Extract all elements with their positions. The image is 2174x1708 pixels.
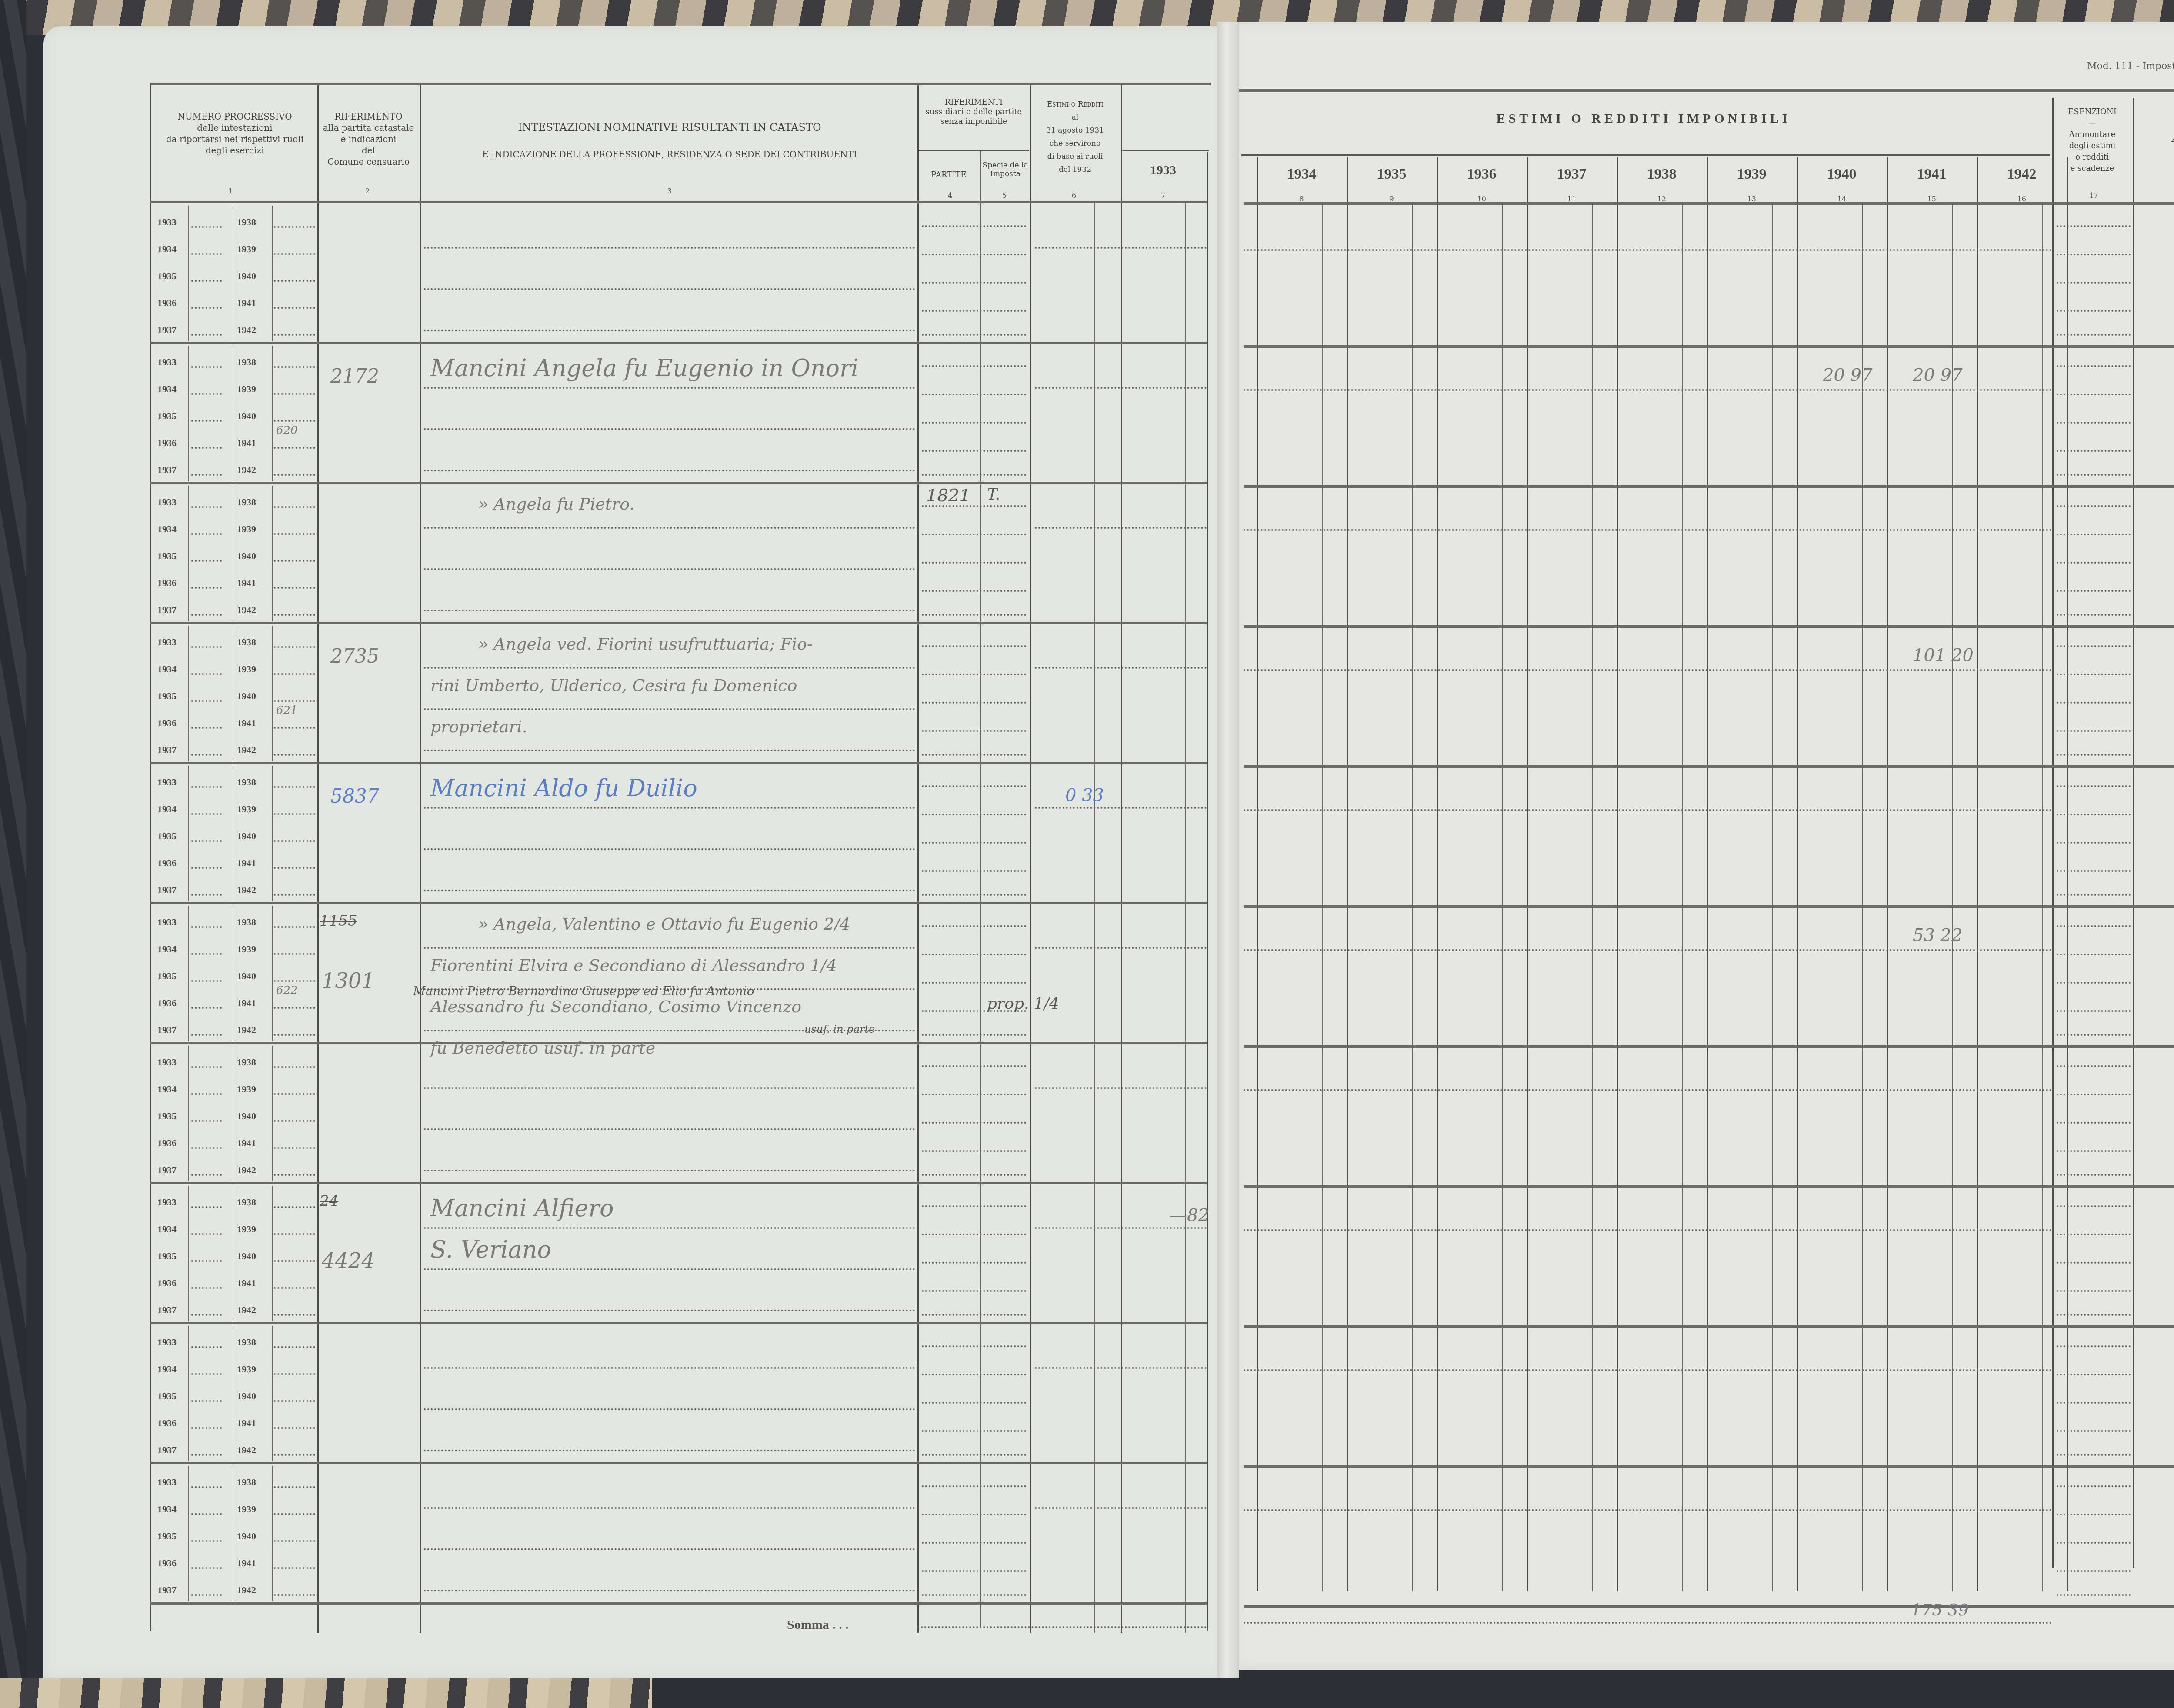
year-dotline	[274, 393, 315, 395]
ref-line	[922, 1374, 1026, 1375]
year-label: 1942	[237, 464, 256, 476]
intestazione-line: rini Umberto, Ulderico, Cesira fu Domeni…	[430, 676, 797, 695]
esenzioni-line	[2057, 254, 2131, 255]
year-label: 1939	[237, 1084, 256, 1095]
year-dotline	[191, 393, 222, 395]
col-divider	[1030, 85, 1031, 1633]
year-dotline	[191, 1206, 222, 1208]
entry-separator	[150, 762, 1207, 764]
year-dotline	[191, 226, 222, 228]
cents-divider	[1185, 202, 1186, 1633]
year-label: 1935	[157, 1531, 177, 1542]
year-label: 1942	[237, 1444, 256, 1456]
year-label: 1934	[157, 944, 177, 955]
year-label: 1933	[157, 777, 177, 788]
amount-line	[1035, 1367, 1207, 1369]
year-label: 1936	[157, 297, 177, 309]
year-dotline	[191, 1066, 222, 1068]
col-divider	[233, 206, 233, 341]
ref-line	[922, 1065, 1026, 1067]
writing-line	[424, 610, 915, 611]
year-dotline	[274, 226, 315, 228]
year-label: 1938	[237, 637, 256, 648]
year-dotline	[191, 813, 222, 815]
col-divider	[272, 1326, 273, 1461]
col-divider	[1121, 85, 1122, 1633]
year-label: 1942	[237, 1585, 256, 1596]
year-label: 1941	[237, 297, 256, 309]
writing-line	[424, 387, 915, 389]
year-label: 1933	[157, 1057, 177, 1068]
riferimento-struck: 1155	[320, 912, 357, 930]
ref-line	[922, 422, 1026, 424]
amount-line-right	[1244, 809, 2052, 811]
year-dotline	[274, 1206, 315, 1208]
col-divider	[188, 486, 189, 621]
ref-line	[922, 870, 1026, 872]
ref-line	[922, 1290, 1026, 1292]
year-label: 1942	[237, 604, 256, 616]
year-label: 1936	[157, 437, 177, 449]
year-label: 1939	[237, 524, 256, 535]
year-label: 1935	[157, 270, 177, 282]
year-dotline	[274, 1540, 315, 1542]
col-divider	[233, 1326, 233, 1461]
subheader-rule	[918, 150, 1029, 151]
year-dotline	[191, 1314, 222, 1316]
year-dotline	[274, 1373, 315, 1375]
progressive-number: 622	[276, 984, 298, 997]
year-dotline	[191, 253, 222, 255]
ref-line	[922, 254, 1026, 255]
esenzioni-line	[2057, 1514, 2131, 1515]
amount-line-right	[1244, 1229, 2052, 1231]
sum-1941: 175 39	[1911, 1600, 1969, 1619]
year-dotline	[274, 1174, 315, 1176]
year-label: 1937	[157, 884, 177, 896]
intestazione-line: » Angela, Valentino e Ottavio fu Eugenio…	[478, 914, 850, 934]
header-col1-title: NUMERO PROGRESSIVO	[152, 111, 317, 122]
esenzioni-line	[2057, 1174, 2131, 1176]
col-divider	[188, 906, 189, 1041]
amount-line	[1035, 247, 1207, 249]
header-year-1937: 1937	[1527, 166, 1617, 183]
year-label: 1941	[237, 1278, 256, 1289]
entry-separator-right	[1244, 1605, 2174, 1608]
ref-line	[922, 1094, 1026, 1095]
year-label: 1938	[237, 497, 256, 508]
year-dotline	[274, 786, 315, 788]
year-dotline	[274, 1400, 315, 1402]
header-col45: RIFERIMENTI sussidiari e delle partite s…	[918, 98, 1029, 127]
year-label: 1935	[157, 831, 177, 842]
right-page	[1230, 22, 2174, 1670]
subheader-rule	[1122, 150, 1209, 151]
entry-separator-right	[1244, 625, 2174, 628]
year-label: 1939	[237, 804, 256, 815]
ref-line	[922, 645, 1026, 647]
year-dotline	[274, 474, 315, 476]
col-divider	[233, 1466, 233, 1601]
year-dotline	[191, 1594, 222, 1596]
year-dotline	[191, 1174, 222, 1176]
year-dotline	[274, 1594, 315, 1596]
esenzioni-line	[2057, 1065, 2131, 1067]
ref-line	[922, 1542, 1026, 1544]
year-dotline	[191, 560, 222, 562]
year-label: 1939	[237, 664, 256, 675]
year-dotline	[274, 1346, 315, 1348]
intestazione-line: » Angela fu Pietro.	[478, 494, 635, 514]
sum-line	[917, 1626, 1207, 1628]
amount-line	[1035, 667, 1207, 669]
esenzioni-line	[2057, 674, 2131, 675]
header-year-1935: 1935	[1347, 166, 1437, 183]
riferimento-value: 4424	[322, 1249, 375, 1273]
year-dotline	[274, 754, 315, 756]
writing-line	[424, 1408, 915, 1410]
year-label: 1939	[237, 384, 256, 395]
riferimento-value: 2172	[330, 365, 379, 387]
year-label: 1936	[157, 997, 177, 1009]
ref-line	[922, 925, 1026, 927]
year-label: 1934	[157, 1084, 177, 1095]
col-divider	[233, 1046, 233, 1181]
year-dotline	[191, 754, 222, 756]
esenzioni-line	[2057, 870, 2131, 872]
subheader-rule	[1241, 154, 2050, 156]
col-divider	[2133, 98, 2134, 1568]
col-divider	[1437, 157, 1438, 1591]
year-label: 1935	[157, 550, 177, 562]
col-divider	[420, 85, 421, 1633]
year-dotline	[274, 1066, 315, 1068]
form-code: Mod. 111 - Imposte Dirette (Intercalare)…	[2087, 61, 2174, 72]
ref-line	[922, 1570, 1026, 1572]
year-label: 1934	[157, 664, 177, 675]
ref-line	[922, 702, 1026, 704]
year-dotline	[191, 366, 222, 368]
year-label: 1936	[157, 717, 177, 729]
year-label: 1940	[237, 1251, 256, 1262]
year-dotline	[274, 560, 315, 562]
year-label: 1933	[157, 497, 177, 508]
year-label: 1939	[237, 244, 256, 255]
year-label: 1938	[237, 917, 256, 928]
intestazione-line: Mancini Aldo fu Duilio	[430, 774, 697, 802]
year-dotline	[191, 727, 222, 729]
year-label: 1933	[157, 917, 177, 928]
ref-line	[922, 282, 1026, 284]
year-label: 1939	[237, 944, 256, 955]
col-divider	[188, 1186, 189, 1321]
col-divider	[1347, 157, 1348, 1591]
ref-line	[922, 1485, 1026, 1487]
col-divider	[233, 1186, 233, 1321]
esenzioni-line	[2057, 925, 2131, 927]
year-dotline	[191, 1287, 222, 1289]
col-divider	[188, 1466, 189, 1601]
year-dotline	[274, 1120, 315, 1122]
year-label: 1942	[237, 1024, 256, 1036]
year-dotline	[274, 867, 315, 869]
intestazione-line: Mancini Alfiero	[430, 1194, 614, 1222]
entry-separator	[150, 902, 1207, 904]
cents-divider	[1772, 204, 1773, 1591]
cents-divider	[1412, 204, 1413, 1591]
year-dotline	[274, 1233, 315, 1235]
col-divider	[272, 766, 273, 901]
year-label: 1941	[237, 857, 256, 869]
year-label: 1937	[157, 324, 177, 336]
col-divider	[1617, 157, 1618, 1591]
year-dotline	[191, 646, 222, 648]
ref-line	[922, 534, 1026, 535]
cents-divider	[1682, 204, 1683, 1591]
col-divider	[272, 626, 273, 761]
col-divider	[233, 906, 233, 1041]
year-label: 1938	[237, 217, 256, 228]
col-divider	[188, 1046, 189, 1181]
ref-line	[922, 1430, 1026, 1432]
cents-divider	[1592, 204, 1593, 1591]
ref-line	[922, 674, 1026, 675]
writing-line	[424, 1590, 915, 1591]
year-dotline	[274, 1427, 315, 1429]
esenzioni-line	[2057, 450, 2131, 452]
esenzioni-line	[2057, 1150, 2131, 1152]
amount-line-right	[1244, 949, 2052, 951]
esenzioni-line	[2057, 310, 2131, 312]
esenzioni-line	[2057, 702, 2131, 704]
year-label: 1937	[157, 604, 177, 616]
writing-line	[424, 1367, 915, 1369]
ref-line	[922, 1234, 1026, 1235]
esenzioni-line	[2057, 562, 2131, 564]
year-dotline	[191, 1513, 222, 1515]
ref-line	[922, 334, 1026, 336]
amount-7: —82	[1170, 1205, 1209, 1225]
writing-line	[424, 667, 915, 669]
esenzioni-line	[2057, 334, 2131, 336]
year-dotline	[274, 334, 315, 336]
year-dotline	[274, 673, 315, 675]
writing-line	[424, 1548, 915, 1550]
year-label: 1934	[157, 804, 177, 815]
year-dotline	[274, 926, 315, 928]
col-divider	[317, 85, 319, 1633]
year-dotline	[191, 700, 222, 702]
esenzioni-line	[2057, 1122, 2131, 1124]
year-label: 1933	[157, 357, 177, 368]
book-gutter	[1217, 22, 1239, 1678]
year-dotline	[274, 646, 315, 648]
amount-line-right	[1244, 389, 2052, 391]
writing-line	[424, 1268, 915, 1270]
year-label: 1933	[157, 217, 177, 228]
year-label: 1942	[237, 744, 256, 756]
year-label: 1940	[237, 1111, 256, 1122]
entry-separator-right	[1244, 1045, 2174, 1048]
esenzioni-line	[2057, 534, 2131, 535]
col-divider	[272, 206, 273, 341]
col-divider	[272, 486, 273, 621]
col-divider	[1977, 157, 1978, 1591]
intestazione-line: S. Veriano	[430, 1236, 551, 1263]
background-fabric-bottom	[0, 1678, 652, 1708]
header-year-1936: 1936	[1437, 166, 1527, 183]
year-label: 1937	[157, 744, 177, 756]
progressive-number: 620	[276, 424, 298, 437]
cents-divider	[1952, 204, 1953, 1591]
ref-line	[922, 1514, 1026, 1515]
year-label: 1937	[157, 1444, 177, 1456]
estimi-title: ESTIMI O REDDITI IMPONIBILI	[1239, 113, 2048, 124]
esenzioni-line	[2057, 1345, 2131, 1347]
writing-line	[424, 330, 915, 331]
esenzioni-line	[2057, 225, 2131, 227]
ref-line	[922, 310, 1026, 312]
riferimento-value: 2735	[330, 645, 379, 667]
esenzioni-line	[2057, 1010, 2131, 1012]
esenzioni-line	[2057, 1034, 2131, 1036]
year-dotline	[191, 614, 222, 616]
ref-line	[922, 1174, 1026, 1176]
intestazione-line: Mancini Angela fu Eugenio in Onori	[430, 354, 858, 382]
year-label: 1936	[157, 1558, 177, 1569]
year-label: 1935	[157, 1251, 177, 1262]
col-divider	[233, 626, 233, 761]
riferimento-value: 5837	[330, 785, 379, 807]
year-label: 1940	[237, 691, 256, 702]
ref-line	[922, 982, 1026, 984]
intestazione-line: » Angela ved. Fiorini usufruttuaria; Fio…	[478, 634, 813, 654]
year-dotline	[274, 1287, 315, 1289]
entry-separator	[150, 622, 1207, 624]
year-dotline	[191, 506, 222, 508]
year-label: 1939	[237, 1224, 256, 1235]
year-dotline	[191, 1400, 222, 1402]
year-dotline	[191, 447, 222, 449]
year-label: 1941	[237, 577, 256, 589]
year-dotline	[274, 253, 315, 255]
year-dotline	[274, 1567, 315, 1569]
ref-line	[922, 450, 1026, 452]
amount-line-right	[1244, 1369, 2052, 1371]
writing-line	[424, 807, 915, 809]
year-label: 1941	[237, 1418, 256, 1429]
amount-1941: 101 20	[1913, 645, 1974, 665]
ref-line	[922, 1262, 1026, 1264]
ref-line	[922, 562, 1026, 564]
year-label: 1934	[157, 384, 177, 395]
writing-line	[424, 848, 915, 850]
year-dotline	[274, 587, 315, 589]
ref-line	[922, 225, 1026, 227]
year-dotline	[191, 587, 222, 589]
esenzioni-line	[2057, 1374, 2131, 1375]
year-dotline	[274, 700, 315, 702]
year-dotline	[191, 533, 222, 535]
header-year-1941: 1941	[1887, 166, 1977, 183]
year-dotline	[191, 1427, 222, 1429]
esenzioni-line	[2057, 1594, 2131, 1596]
table-top-border	[150, 83, 1211, 85]
year-label: 1935	[157, 971, 177, 982]
writing-line	[424, 750, 915, 751]
year-dotline	[191, 1486, 222, 1488]
amount-line	[1035, 1227, 1207, 1229]
esenzioni-line	[2057, 1542, 2131, 1544]
year-label: 1937	[157, 1164, 177, 1176]
year-label: 1937	[157, 1024, 177, 1036]
intestazione-line: proprietari.	[430, 717, 527, 736]
entry-separator	[150, 1602, 1207, 1605]
year-dotline	[191, 1346, 222, 1348]
amount-line	[1035, 527, 1207, 529]
amount-line-right	[1244, 249, 2052, 251]
esenzioni-line	[2057, 954, 2131, 955]
ref-line	[922, 394, 1026, 395]
year-label: 1934	[157, 524, 177, 535]
year-dotline	[191, 980, 222, 982]
entry-separator-right	[1244, 1185, 2174, 1188]
amount-line-right	[1244, 669, 2052, 671]
esenzioni-line	[2057, 894, 2131, 896]
writing-line	[424, 568, 915, 570]
year-dotline	[274, 953, 315, 955]
esenzioni-line	[2057, 814, 2131, 815]
esenzioni-line	[2057, 365, 2131, 367]
intestazione-line: Fiorentini Elvira e Secondiano di Alessa…	[430, 956, 837, 975]
writing-line	[424, 1227, 915, 1229]
entry-separator	[150, 1322, 1207, 1324]
year-dotline	[191, 926, 222, 928]
esenzioni-line	[2057, 1430, 2131, 1432]
col-divider	[1707, 157, 1708, 1591]
year-dotline	[274, 727, 315, 729]
year-dotline	[191, 1454, 222, 1456]
year-dotline	[274, 894, 315, 896]
entry-separator	[150, 1042, 1207, 1044]
year-dotline	[274, 420, 315, 422]
year-label: 1938	[237, 1197, 256, 1208]
col-divider	[233, 766, 233, 901]
year-label: 1934	[157, 1364, 177, 1375]
year-dotline	[274, 614, 315, 616]
ref-line	[922, 785, 1026, 787]
amount-6: 0 33	[1065, 785, 1104, 805]
year-dotline	[191, 1093, 222, 1095]
esenzioni-line	[2057, 842, 2131, 844]
year-label: 1937	[157, 1304, 177, 1316]
col-divider	[188, 206, 189, 341]
year-dotline	[274, 506, 315, 508]
header-year-1938: 1938	[1617, 166, 1707, 183]
amount-line-right	[1244, 1509, 2052, 1511]
year-dotline	[191, 1034, 222, 1036]
ref-line	[922, 1454, 1026, 1456]
esenzioni-line	[2057, 1570, 2131, 1572]
entry-separator-right	[1244, 345, 2174, 348]
writing-line	[424, 708, 915, 710]
header-bottom-border-right	[1244, 202, 2174, 205]
writing-line	[424, 890, 915, 891]
year-dotline	[274, 1486, 315, 1488]
year-label: 1939	[237, 1504, 256, 1515]
year-label: 1936	[157, 857, 177, 869]
ref-line	[922, 1402, 1026, 1404]
